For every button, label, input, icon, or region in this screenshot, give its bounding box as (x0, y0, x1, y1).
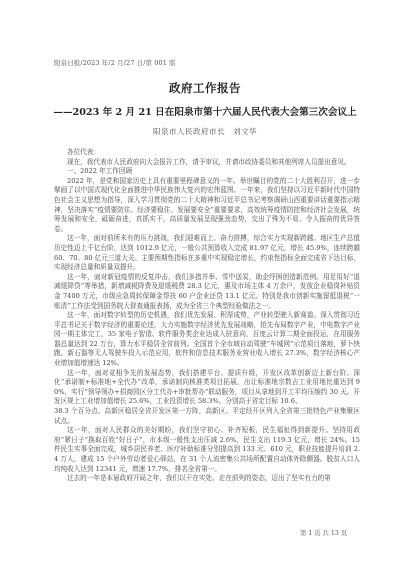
body-paragraph: 这一年，面对数字转型的历史机遇，我们优先发展、积厚成势，产业转型驶入新赛道。深入… (54, 311, 360, 369)
document-subtitle: ——2023 年 2 月 21 日在阳泉市第十六届人民代表大会第三次会议上 (0, 104, 410, 118)
body-paragraph: 这一年，面对竞相争先的发展态势，我们搭建平台、提质升级，开发区改革创新迈上新台阶… (54, 369, 360, 407)
body-paragraph: 这一年，面对前所未有的压力挑战，我们迎难而上、奋力拼搏，综合实力实现新跨越。地区… (54, 234, 360, 272)
body-paragraph: 过去的一年是本届政府开局之年，我们以干在实处、走在前列的姿态，迈出了坚实有力的第 (54, 474, 360, 484)
body-paragraph: 这一年，面对人民群众的美好期盼，我们坚守初心、补齐短板，民生福祉得到新提升。坚持… (54, 426, 360, 474)
newspaper-header: 阳泉日报/2023 年/2 月/27 日/第 001 版 (54, 58, 176, 67)
document-title: 政府工作报告 (0, 80, 410, 96)
salutation: 各位代表： (54, 148, 360, 158)
page-number: 第 1 页 共 13 页 (300, 528, 347, 537)
document-page: 阳泉日报/2023 年/2 月/27 日/第 001 版 政府工作报告 ——20… (0, 0, 410, 580)
document-body: 各位代表： 现在，我代表市人民政府向大会报告工作，请予审议，并请市政协委员和其他… (54, 148, 360, 484)
body-paragraph-continuation: 38.3 个百分点。高新区稳居全省开发区第一方阵，高新区、平定经开区列入全省第三… (54, 407, 360, 426)
body-paragraph: 2022 年，是党和国家历史上具有重要里程碑意义的一年。举世瞩目的党的二十大胜利… (54, 177, 360, 235)
document-author: 阳泉市人民政府市长 刘文华 (0, 126, 410, 137)
body-paragraph: 现在，我代表市人民政府向大会报告工作，请予审议，并请市政协委员和其他列席人员提出… (54, 158, 360, 168)
body-paragraph: 这一年，面对新冠疫情的反复冲击，我们多措并举、雪中送炭，助企纾困创造新范例。用足… (54, 273, 360, 311)
section-heading: 一、2022 年工作回顾 (54, 167, 360, 177)
